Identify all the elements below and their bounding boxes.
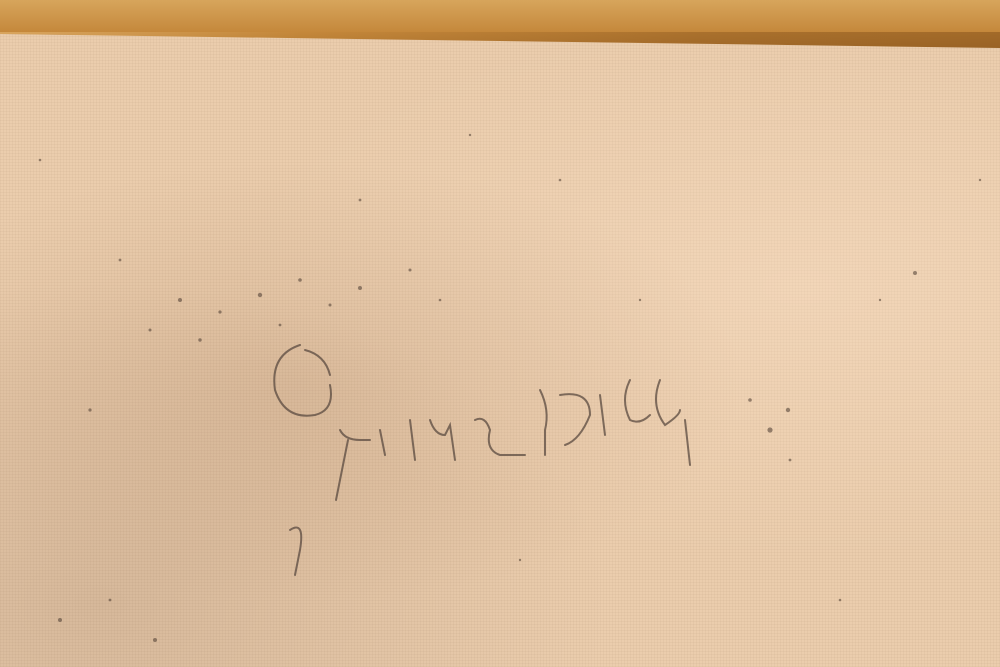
canvas-photo <box>0 0 1000 667</box>
pencil-inscription <box>0 0 1000 667</box>
